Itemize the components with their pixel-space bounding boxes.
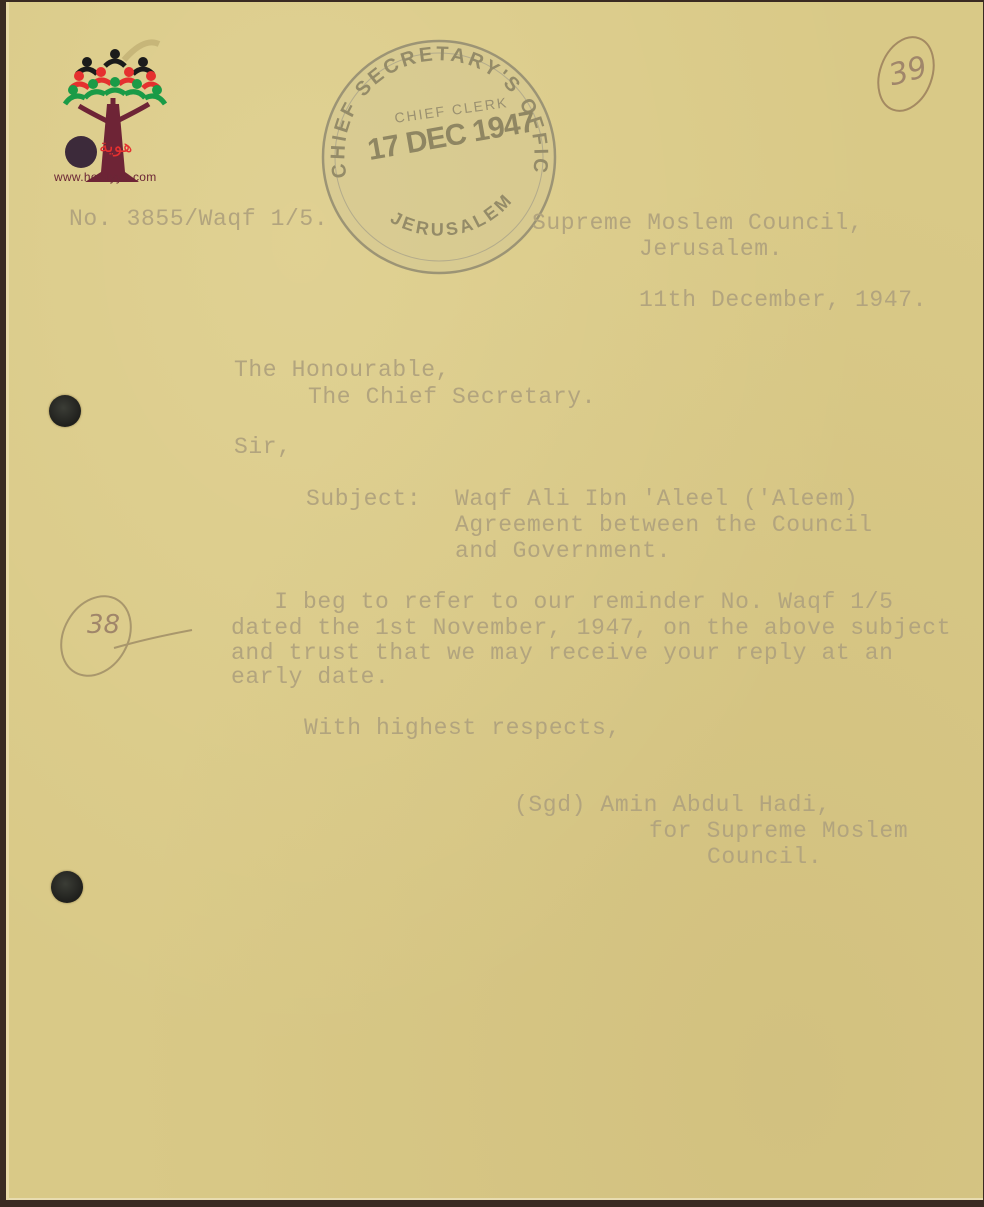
- punch-hole-upper: [49, 395, 81, 427]
- reference-number: No. 3855/Waqf 1/5.: [69, 206, 328, 232]
- body-line-2: dated the 1st November, 1947, on the abo…: [231, 615, 951, 641]
- letter-page: هوية www.howiyya.com No. 3855/Waqf 1/5. …: [6, 2, 983, 1200]
- closing: With highest respects,: [304, 715, 621, 741]
- svg-text:هوية: هوية: [99, 136, 132, 157]
- sender-line-2: Jerusalem.: [639, 236, 783, 262]
- body-line-4: early date.: [231, 664, 389, 690]
- sender-line-1: Supreme Moslem Council,: [532, 210, 863, 236]
- punch-hole-lower: [51, 871, 83, 903]
- body-line-1: I beg to refer to our reminder No. Waqf …: [231, 589, 894, 615]
- chief-secretary-office-stamp: CHIEF SECRETARY'S OFFICE JERUSALEM: [317, 37, 562, 277]
- howiyya-tree-logo: هوية: [49, 32, 179, 192]
- salutation: Sir,: [234, 434, 292, 460]
- subject-label: Subject:: [306, 486, 421, 512]
- subject-line-3: and Government.: [455, 538, 671, 564]
- signature-line-3: Council.: [707, 844, 822, 870]
- signature-line-2: for Supreme Moslem: [649, 818, 908, 844]
- folio-circle-left: [54, 590, 204, 686]
- signature-line-1: (Sgd) Amin Abdul Hadi,: [514, 792, 831, 818]
- letter-date: 11th December, 1947.: [639, 287, 927, 313]
- watermark-url: www.howiyya.com: [54, 170, 157, 184]
- folio-number-left: 38: [87, 610, 120, 640]
- subject-line-1: Waqf Ali Ibn 'Aleel ('Aleem): [455, 486, 858, 512]
- body-line-3: and trust that we may receive your reply…: [231, 640, 894, 666]
- addressee-line-1: The Honourable,: [234, 357, 450, 383]
- addressee-line-2: The Chief Secretary.: [308, 384, 596, 410]
- subject-line-2: Agreement between the Council: [455, 512, 873, 538]
